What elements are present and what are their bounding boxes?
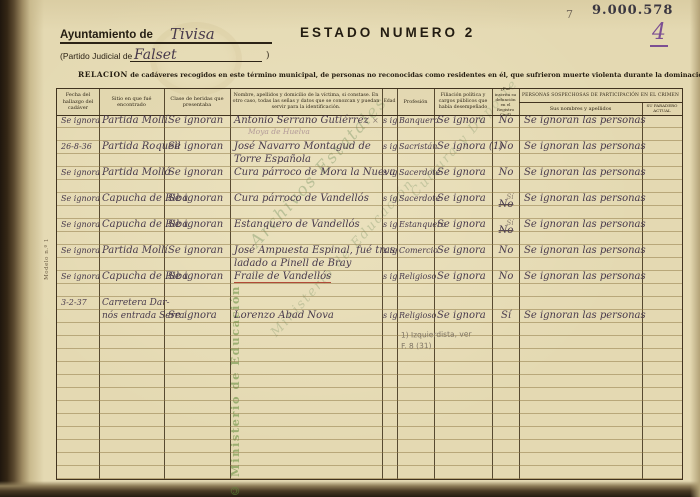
cell-edad: s ig xyxy=(383,115,396,128)
col-group-header-sospechosas: PERSONAS SOSPECHOSAS DE PARTICIPACIÓN EN… xyxy=(519,89,682,102)
cell-filiacion: Se ignora xyxy=(437,271,491,284)
table-row: Se ignora Capucha de Riba Se ignoran Cur… xyxy=(57,193,682,219)
cell-edad: s ig xyxy=(383,141,396,154)
table-row: Se ignora Partida Mollí Se ignoran José … xyxy=(57,245,682,271)
cell-heridas: Se ignora xyxy=(168,310,228,323)
cell-profesion: Religioso xyxy=(399,310,433,323)
ayuntamiento-label: Ayuntamiento de xyxy=(60,29,153,41)
ayuntamiento-value-handwritten: Tivisa xyxy=(170,28,215,41)
cell-edad: s ig xyxy=(383,310,396,323)
table-row: Se ignora Partida Molló Se ignoran Cura … xyxy=(57,167,682,193)
col-header-heridas: Clase de heridas que presentaba xyxy=(164,89,230,115)
cell-edad: s ig xyxy=(383,167,396,180)
col-header-filiacion: Filiación política y cargos públicos que… xyxy=(434,89,492,115)
cell-sitio: Capucha de Riba xyxy=(102,219,163,232)
col-header-fecha: Fecha del hallazgo del cadáver xyxy=(57,89,99,115)
handwritten-page-number: 4 xyxy=(650,22,668,47)
table-header: Fecha del hallazgo del cadáver Sitio en … xyxy=(57,89,682,116)
cell-registro: No xyxy=(494,271,518,284)
col-header-profesion: Profesión xyxy=(397,89,434,115)
cell-registro: SíNo xyxy=(494,193,518,212)
partido-label: (Partido Judicial de xyxy=(60,51,132,61)
cell-sospechosas: Se ignoran las personas xyxy=(524,219,640,232)
cell-fecha: Se ignora xyxy=(61,193,99,206)
cell-profesion: Sacerdote xyxy=(399,193,433,206)
cell-edad: s ig xyxy=(383,271,396,284)
cell-edad: s ig xyxy=(383,219,396,232)
cell-sospechosas: Se ignoran las personas xyxy=(524,271,640,284)
col-header-sitio: Sitio en que fué encontrado xyxy=(99,89,164,115)
cell-fecha: Se ignora xyxy=(61,219,99,232)
col-header-registro-civil: ¿Fué inscrita su defunción en el Registr… xyxy=(492,89,519,115)
cell-heridas: Se ignoran xyxy=(168,271,228,284)
table-row: 26-8-36 Partida Roquell Se ignoran José … xyxy=(57,141,682,167)
table-row: Se ignora Partida Mollí Se ignoran Anton… xyxy=(57,115,682,141)
cell-sospechosas: Se ignoran las personas xyxy=(524,141,640,154)
estado-title: ESTADO NUMERO 2 xyxy=(300,25,475,40)
archive-stamp-number: 9.000.578 xyxy=(592,3,673,18)
table-row: Se ignora Capucha de Riba Se ignoran Est… xyxy=(57,219,682,245)
table-row: Se ignora Capucha de Riba Se ignoran Fra… xyxy=(57,271,682,297)
cell-profesion: Banquero xyxy=(399,115,433,128)
scanned-document-page: © Ministerio de Educación Archivos Estat… xyxy=(0,0,700,497)
margin-model-label: Modelo n.º 1 xyxy=(44,220,50,298)
col-header-edad: Edad xyxy=(382,89,397,115)
cadaver-record-table: Fecha del hallazgo del cadáver Sitio en … xyxy=(56,88,683,480)
cell-nombre: Cura párroco de Mora la Nueva xyxy=(234,167,380,180)
cell-nombre: José Ampuesta Espinal, fué tras-ladado a… xyxy=(234,245,380,270)
cell-sitio: Partida Molló xyxy=(102,167,163,180)
cell-registro: No xyxy=(494,115,518,128)
cell-fecha: Se ignora xyxy=(61,245,99,258)
relacion-word: RELACION xyxy=(78,70,128,79)
pencil-x-mark: × xyxy=(372,116,379,125)
pencil-margin-note: 1) Izquierdista, ver F. 8 (31) xyxy=(401,328,472,351)
relacion-text: de cadáveres recogidos en este término m… xyxy=(130,71,700,79)
cell-fecha: 3-2-37 xyxy=(61,297,99,310)
cell-nombre-pencil-note: Moya de Huelva xyxy=(248,128,380,136)
cell-registro: Sí xyxy=(494,310,518,323)
cell-heridas: Se ignoran xyxy=(168,219,228,232)
relacion-caption: RELACION de cadáveres recogidos en este … xyxy=(78,70,663,79)
pencil-number: 7 xyxy=(566,8,579,21)
cell-filiacion: Se ignora xyxy=(437,245,491,258)
cell-filiacion: Se ignora xyxy=(437,167,491,180)
cell-fecha: Se ignora xyxy=(61,167,99,180)
cell-filiacion: Se ignora xyxy=(437,193,491,206)
col-header-nombre: Nombre, apellidos y domicilio de la víct… xyxy=(230,89,382,115)
cell-sospechosas: Se ignoran las personas xyxy=(524,115,640,128)
col-header-paradero: SU PARADERO ACTUAL xyxy=(642,102,682,115)
cell-sitio: Capucha de Riba xyxy=(102,271,163,284)
cell-fecha: Se ignora xyxy=(61,271,99,284)
cell-nombre: Fraile de Vandellós xyxy=(234,271,380,284)
cell-sitio: Partida Roquell xyxy=(102,141,163,154)
cell-nombre: Cura párroco de Vandellós xyxy=(234,193,380,206)
cell-sospechosas: Se ignoran las personas xyxy=(524,310,640,323)
cell-heridas: Se ignoran xyxy=(168,245,228,258)
cell-fecha: Se ignora xyxy=(61,115,99,128)
red-underlined-name: Fraile de Vandellós xyxy=(234,271,331,283)
cell-profesion: Sacerdote xyxy=(399,167,433,180)
cell-registro: No xyxy=(494,141,518,154)
cell-heridas: Se ignoran xyxy=(168,141,228,154)
cell-profesion: Religioso xyxy=(399,271,433,284)
cell-sitio: Carretera Dar-nós entrada Serra xyxy=(102,297,163,322)
partido-close-paren: ) xyxy=(266,51,270,61)
cell-nombre: Estanquero de Vandellós xyxy=(234,219,380,232)
cell-sitio: Partida Mollí xyxy=(102,115,163,128)
table-body: Se ignora Partida Mollí Se ignoran Anton… xyxy=(57,115,682,479)
cell-edad: s ig xyxy=(383,245,396,258)
partido-judicial-line: (Partido Judicial de Falset ) xyxy=(60,46,272,62)
cell-nombre: José Navarro Montagud deTorre Española xyxy=(234,141,380,166)
cell-heridas: Se ignoran xyxy=(168,167,228,180)
cell-filiacion: Se ignora (1) xyxy=(437,141,491,154)
cell-heridas: Se ignoran xyxy=(168,193,228,206)
cell-profesion: Estanquero xyxy=(399,219,433,232)
cell-fecha: 26-8-36 xyxy=(61,141,99,154)
cell-registro: SíNo xyxy=(494,219,518,238)
cell-filiacion: Se ignora xyxy=(437,115,491,128)
cell-sospechosas: Se ignoran las personas xyxy=(524,245,640,258)
col-header-nombres-apellidos: Sus nombres y apellidos xyxy=(519,102,642,115)
cell-registro: No xyxy=(494,245,518,258)
cell-sitio: Partida Mollí xyxy=(102,245,163,258)
cell-sospechosas: Se ignoran las personas xyxy=(524,193,640,206)
cell-heridas: Se ignoran xyxy=(168,115,228,128)
cell-profesion: Comercio xyxy=(399,245,433,258)
page-left-edge xyxy=(0,0,44,497)
cell-registro: No xyxy=(494,167,518,180)
table-row: 3-2-37 Carretera Dar-nós entrada Serra S… xyxy=(57,297,682,336)
cell-nombre: Lorenzo Abad Nova xyxy=(234,310,380,323)
cell-profesion: Sacristán xyxy=(399,141,433,154)
cell-nombre: Antonio Serrano Gutiérrez ×Moya de Huelv… xyxy=(234,115,380,136)
partido-value-handwritten: Falset xyxy=(134,49,177,62)
ayuntamiento-line: Ayuntamiento de Tivisa xyxy=(60,20,272,44)
cell-filiacion: Se ignora xyxy=(437,219,491,232)
cell-sospechosas: Se ignoran las personas xyxy=(524,167,640,180)
cell-edad: s ig xyxy=(383,193,396,206)
cell-filiacion: Se ignora xyxy=(437,310,491,323)
page-bottom-edge xyxy=(0,481,700,497)
cell-sitio: Capucha de Riba xyxy=(102,193,163,206)
